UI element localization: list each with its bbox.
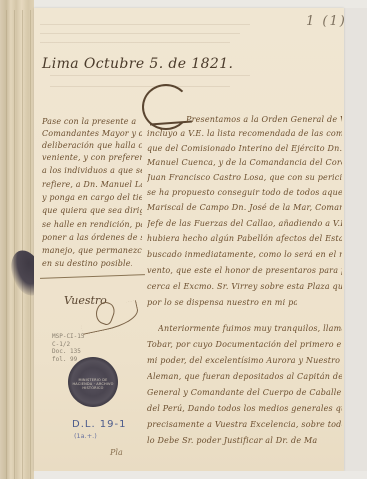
bleed-through-line (40, 33, 240, 34)
body-line: se ha propuesto conseguir todo de todos … (147, 188, 342, 197)
body-line: del Perú, Dando todos los medios general… (147, 404, 342, 413)
bleed-through-line (50, 86, 230, 87)
margin-line: refiere, a Dn. Manuel Lama, (42, 180, 142, 189)
archive-note-line: MSP-CI-15 (52, 333, 85, 341)
margin-line: que quiera que sea dirigido (42, 206, 142, 215)
shelf-mark: D.L. 19-1 (72, 419, 127, 430)
body-line: precisamente a Vuestra Excelencia, sobre… (147, 420, 342, 429)
bound-spine (0, 0, 36, 479)
body-line: por lo se dispensa nuestro en mi poder. (147, 298, 297, 307)
body-line: Mariscal de Campo Dn. José de la Mar, Co… (147, 203, 342, 212)
archive-note-line: Doc. 135 (52, 348, 85, 356)
spine-fold (14, 10, 15, 479)
margin-line: Pase con la presente a los (42, 117, 137, 126)
margin-line: a los individuos a que se (42, 166, 142, 175)
body-line: vento, que este el honor de presentaros … (147, 266, 342, 275)
bleed-through-line (50, 75, 250, 76)
body-line: lo Debe Sr. poder Justificar al Dr. de M… (147, 436, 317, 445)
body-line: incluyo a V.E. la lista recomendada de l… (147, 129, 342, 138)
body-line: Presentamos a la Orden General de V.E. d… (186, 115, 342, 124)
body-line: buscado inmediatamente, como lo será en … (147, 250, 342, 259)
date-line: Lima Octubre 5. de 1821. (42, 56, 233, 72)
body-line: General y Comandante del Cuerpo de Cabal… (147, 388, 342, 397)
archive-pencil-note: MSP-CI-15 C-1/2 Doc. 135 fol. 99 (52, 333, 85, 363)
spine-fold (6, 10, 7, 479)
body-line: cerca el Excmo. Sr. Virrey sobre esta Pl… (147, 282, 342, 291)
body-line: Manuel Cuenca, y de la Comandancia del C… (147, 158, 342, 167)
seal-text: MINISTERIO DE HACIENDA · ARCHIVO HISTÓRI… (68, 378, 118, 390)
folio-number: 1 (1) (306, 14, 347, 29)
bleed-through-line (40, 42, 230, 43)
scan-top-margin (34, 0, 367, 8)
body-line: Jefe de las Fuerzas del Callao, añadiend… (147, 219, 342, 228)
spine-fold (22, 10, 23, 479)
archive-note-line: C-1/2 (52, 341, 85, 349)
body-line: hubiera hecho algún Pabellón afectos del… (147, 234, 342, 243)
body-line: Anteriormente fuimos muy tranquilos, lla… (158, 324, 342, 333)
spine-fold (30, 10, 31, 479)
body-line: que del Comisionado Interino del Ejércit… (147, 144, 342, 153)
body-line: Tobar, por cuyo Documentación del primer… (147, 340, 342, 349)
margin-line: se halle en rendición, para (42, 220, 142, 229)
margin-line: en su destino posible. (42, 259, 132, 268)
scan-bottom-margin (34, 471, 367, 479)
corner-note: Pla (110, 448, 123, 457)
margin-line: y ponga en cargo del tiempo (42, 193, 142, 202)
margin-line: poner a las órdenes de su (42, 233, 142, 242)
bleed-through-line (40, 24, 250, 25)
shelf-mark-sub: (1a.+.) (74, 432, 97, 440)
margin-line: Comandantes Mayor y de la (42, 129, 142, 138)
body-line: mi poder, del excelentísimo Aurora y Nue… (147, 356, 342, 365)
margin-line: deliberación que halla con- (42, 141, 142, 150)
body-line: Juan Francisco Castro Losa, que con su p… (147, 173, 342, 182)
margin-line: veniente, y con preferencia (42, 153, 142, 162)
body-line: Aleman, que fueran depositados al Capitá… (147, 372, 342, 381)
margin-line: manejo, que permanezca (42, 246, 142, 255)
